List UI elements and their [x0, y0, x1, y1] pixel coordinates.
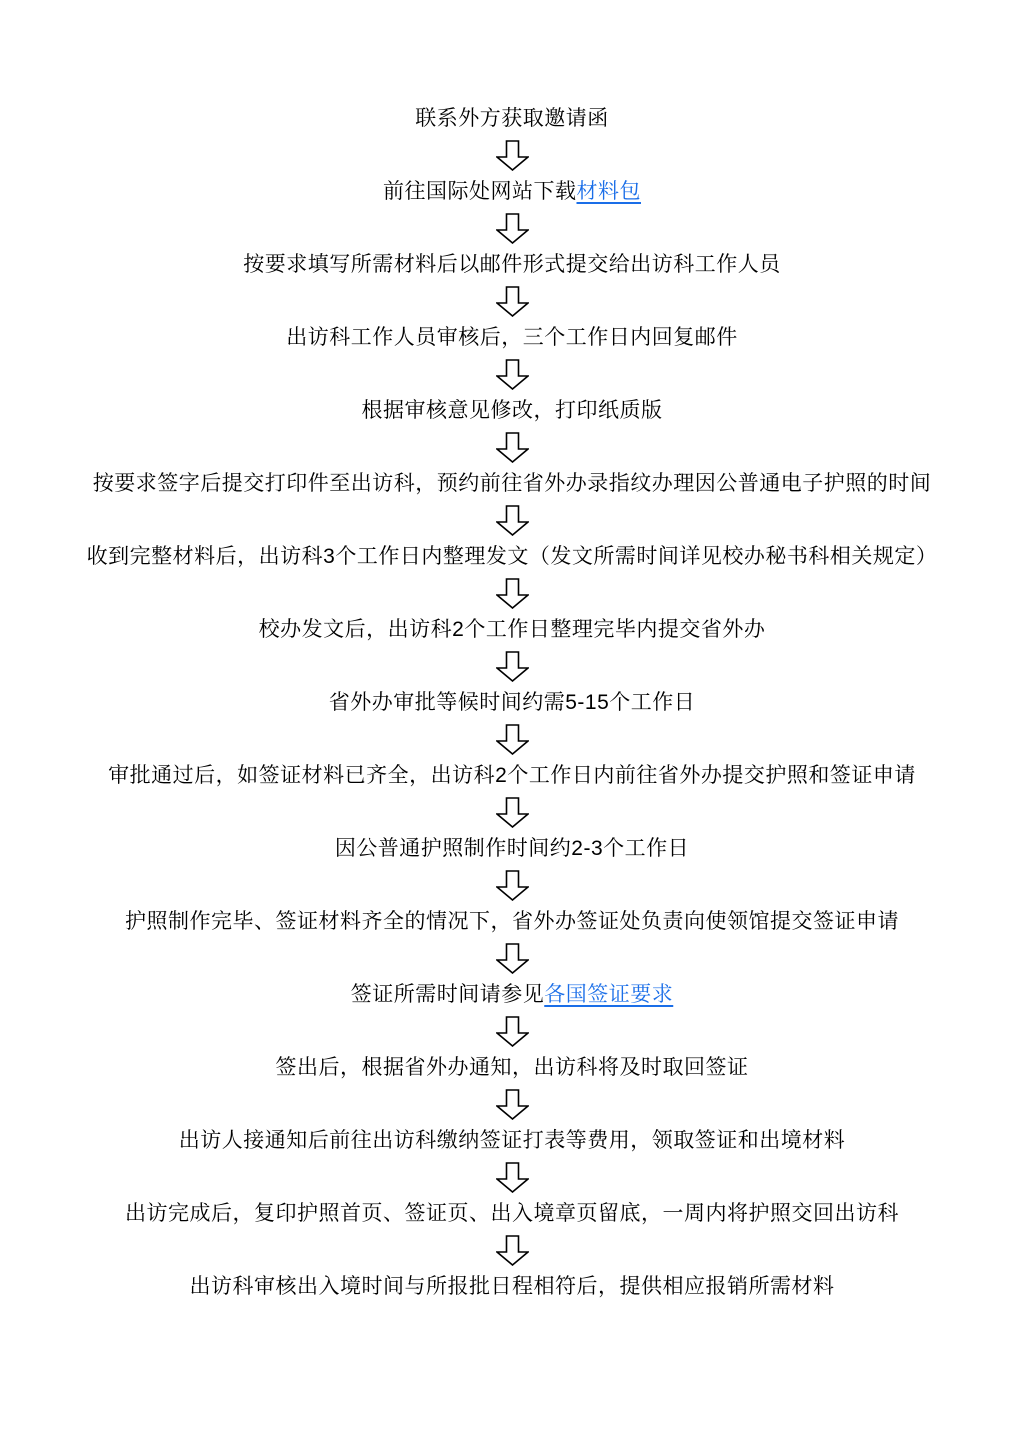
flow-step: 出访完成后，复印护照首页、签证页、出入境章页留底，一周内将护照交回出访科 [0, 1199, 1024, 1229]
down-arrow-icon [496, 724, 529, 755]
down-arrow-icon [496, 505, 529, 536]
flow-step-text: 根据审核意见修改，打印纸质版 [362, 399, 663, 422]
flow-step-text: 签出后，根据省外办通知，出访科将及时取回签证 [276, 1056, 749, 1079]
flow-step: 校办发文后，出访科2个工作日整理完毕内提交省外办 [0, 615, 1024, 645]
down-arrow-icon [496, 286, 529, 317]
materials-package-link[interactable]: 材料包 [577, 180, 642, 203]
down-arrow-icon [496, 213, 529, 244]
down-arrow-icon [496, 1162, 529, 1193]
down-arrow-icon [496, 1089, 529, 1120]
flow-step: 出访科审核出入境时间与所报批日程相符后，提供相应报销所需材料 [0, 1272, 1024, 1302]
flow-step-text: 因公普通护照制作时间约2-3个工作日 [335, 837, 689, 860]
flow-step-text: 出访人接通知后前往出访科缴纳签证打表等费用，领取签证和出境材料 [179, 1129, 846, 1152]
down-arrow-icon [496, 943, 529, 974]
down-arrow-icon [496, 651, 529, 682]
down-arrow-icon [496, 432, 529, 463]
flow-step: 因公普通护照制作时间约2-3个工作日 [0, 834, 1024, 864]
flow-step-text: 审批通过后，如签证材料已齐全，出访科2个工作日内前往省外办提交护照和签证申请 [108, 764, 916, 787]
down-arrow-icon [496, 1235, 529, 1266]
flow-step-text: 出访科审核出入境时间与所报批日程相符后，提供相应报销所需材料 [190, 1275, 835, 1298]
flow-step: 按要求签字后提交打印件至出访科，预约前往省外办录指纹办理因公普通电子护照的时间 [0, 469, 1024, 499]
down-arrow-icon [496, 870, 529, 901]
flow-step-text: 出访科工作人员审核后，三个工作日内回复邮件 [286, 326, 738, 349]
flow-step-text: 联系外方获取邀请函 [415, 107, 609, 130]
flow-step: 出访科工作人员审核后，三个工作日内回复邮件 [0, 323, 1024, 353]
flow-step-text: 按要求签字后提交打印件至出访科，预约前往省外办录指纹办理因公普通电子护照的时间 [93, 472, 932, 495]
process-flowchart: 联系外方获取邀请函 前往国际处网站下载材料包 按要求填写所需材料后以邮件形式提交… [0, 0, 1024, 1302]
flow-step: 根据审核意见修改，打印纸质版 [0, 396, 1024, 426]
flow-step: 收到完整材料后，出访科3个工作日内整理发文（发文所需时间详见校办秘书科相关规定） [0, 542, 1024, 572]
flow-step: 签出后，根据省外办通知，出访科将及时取回签证 [0, 1053, 1024, 1083]
flow-step: 按要求填写所需材料后以邮件形式提交给出访科工作人员 [0, 250, 1024, 280]
down-arrow-icon [496, 359, 529, 390]
flow-step-text: 护照制作完毕、签证材料齐全的情况下，省外办签证处负责向使领馆提交签证申请 [125, 910, 899, 933]
flow-step-text: 收到完整材料后，出访科3个工作日内整理发文（发文所需时间详见校办秘书科相关规定） [87, 545, 938, 568]
flow-step: 出访人接通知后前往出访科缴纳签证打表等费用，领取签证和出境材料 [0, 1126, 1024, 1156]
down-arrow-icon [496, 1016, 529, 1047]
flow-step: 前往国际处网站下载材料包 [0, 177, 1024, 207]
flow-step-text: 前往国际处网站下载 [383, 180, 577, 203]
flow-step: 护照制作完毕、签证材料齐全的情况下，省外办签证处负责向使领馆提交签证申请 [0, 907, 1024, 937]
flow-step: 审批通过后，如签证材料已齐全，出访科2个工作日内前往省外办提交护照和签证申请 [0, 761, 1024, 791]
flow-step: 联系外方获取邀请函 [0, 104, 1024, 134]
flow-step-text: 按要求填写所需材料后以邮件形式提交给出访科工作人员 [243, 253, 781, 276]
flow-step-text: 签证所需时间请参见 [351, 983, 545, 1006]
down-arrow-icon [496, 797, 529, 828]
flow-step-text: 出访完成后，复印护照首页、签证页、出入境章页留底，一周内将护照交回出访科 [125, 1202, 899, 1225]
flow-step-text: 省外办审批等候时间约需5-15个工作日 [329, 691, 696, 714]
down-arrow-icon [496, 140, 529, 171]
flow-step-text: 校办发文后，出访科2个工作日整理完毕内提交省外办 [259, 618, 766, 641]
down-arrow-icon [496, 578, 529, 609]
country-visa-requirements-link[interactable]: 各国签证要求 [544, 983, 673, 1006]
flow-step: 省外办审批等候时间约需5-15个工作日 [0, 688, 1024, 718]
flow-step: 签证所需时间请参见各国签证要求 [0, 980, 1024, 1010]
